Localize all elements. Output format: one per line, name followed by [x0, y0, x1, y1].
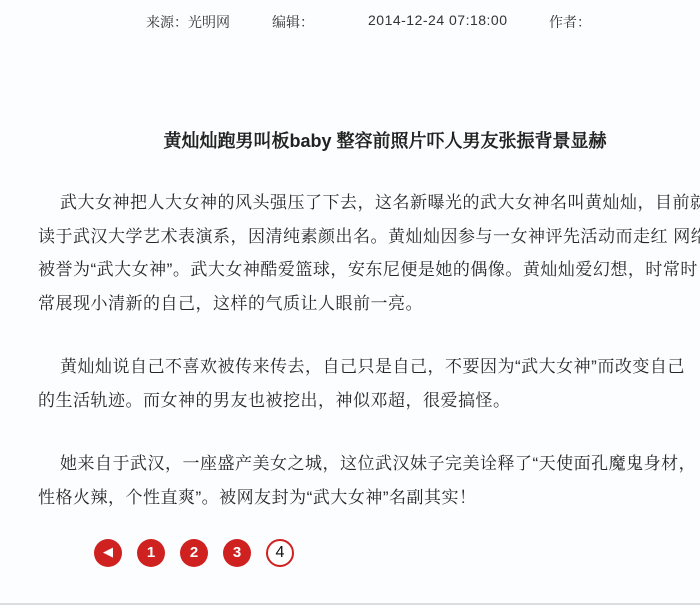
- article-page: 来源：光明网 编辑： 2014-12-24 07:18:00 作者： 黄灿灿跑男…: [0, 0, 700, 606]
- bottom-divider: [0, 603, 700, 605]
- text-line: 性格火辣，个性直爽”。被网友封为“武大女神”名副其实！: [38, 481, 700, 515]
- article-title: 黄灿灿跑男叫板baby 整容前照片吓人男友张振背景显赫: [0, 127, 700, 153]
- publish-datetime: 2014-12-24 07:18:00: [368, 12, 508, 28]
- text-line: 被誉为“武大女神”。武大女神酷爱篮球，安东尼便是她的偶像。黄灿灿爱幻想，时常时: [38, 253, 700, 287]
- text-line: 读于武汉大学艺术表演系，因清纯素颜出名。黄灿灿因参与一女神评先活动而走红 网络: [38, 220, 700, 254]
- page-button-3[interactable]: 3: [223, 539, 251, 567]
- article-meta-bar: 来源：光明网 编辑： 2014-12-24 07:18:00 作者：: [0, 12, 700, 34]
- text-line: 的生活轨迹。而女神的男友也被挖出，神似邓超，很爱搞怪。: [38, 384, 700, 418]
- editor-label: 编辑：: [272, 12, 314, 32]
- text-line: 武大女神把人大女神的风头强压了下去，这名新曝光的武大女神名叫黄灿灿，目前就: [38, 186, 700, 220]
- paragraph-1: 武大女神把人大女神的风头强压了下去，这名新曝光的武大女神名叫黄灿灿，目前就 读于…: [38, 186, 700, 320]
- page-button-4-current[interactable]: 4: [266, 539, 294, 567]
- text-line: 她来自于武汉，一座盛产美女之城，这位武汉妹子完美诠释了“天使面孔魔鬼身材，: [38, 447, 700, 481]
- text-line: 常展现小清新的自己，这样的气质让人眼前一亮。: [38, 287, 700, 321]
- page-button-1[interactable]: 1: [137, 539, 165, 567]
- paragraph-3: 她来自于武汉，一座盛产美女之城，这位武汉妹子完美诠释了“天使面孔魔鬼身材， 性格…: [38, 447, 700, 514]
- prev-page-button[interactable]: ◀: [94, 539, 122, 567]
- source-label: 来源：光明网: [146, 12, 230, 32]
- pagination: ◀ 1 2 3 4: [94, 539, 294, 567]
- page-button-2[interactable]: 2: [180, 539, 208, 567]
- text-line: 黄灿灿说自己不喜欢被传来传去，自己只是自己，不要因为“武大女神”而改变自己: [38, 350, 700, 384]
- left-arrow-icon: ◀: [103, 544, 113, 559]
- paragraph-2: 黄灿灿说自己不喜欢被传来传去，自己只是自己，不要因为“武大女神”而改变自己 的生…: [38, 350, 700, 417]
- article-body: 武大女神把人大女神的风头强压了下去，这名新曝光的武大女神名叫黄灿灿，目前就 读于…: [38, 186, 700, 544]
- author-label: 作者：: [549, 12, 591, 32]
